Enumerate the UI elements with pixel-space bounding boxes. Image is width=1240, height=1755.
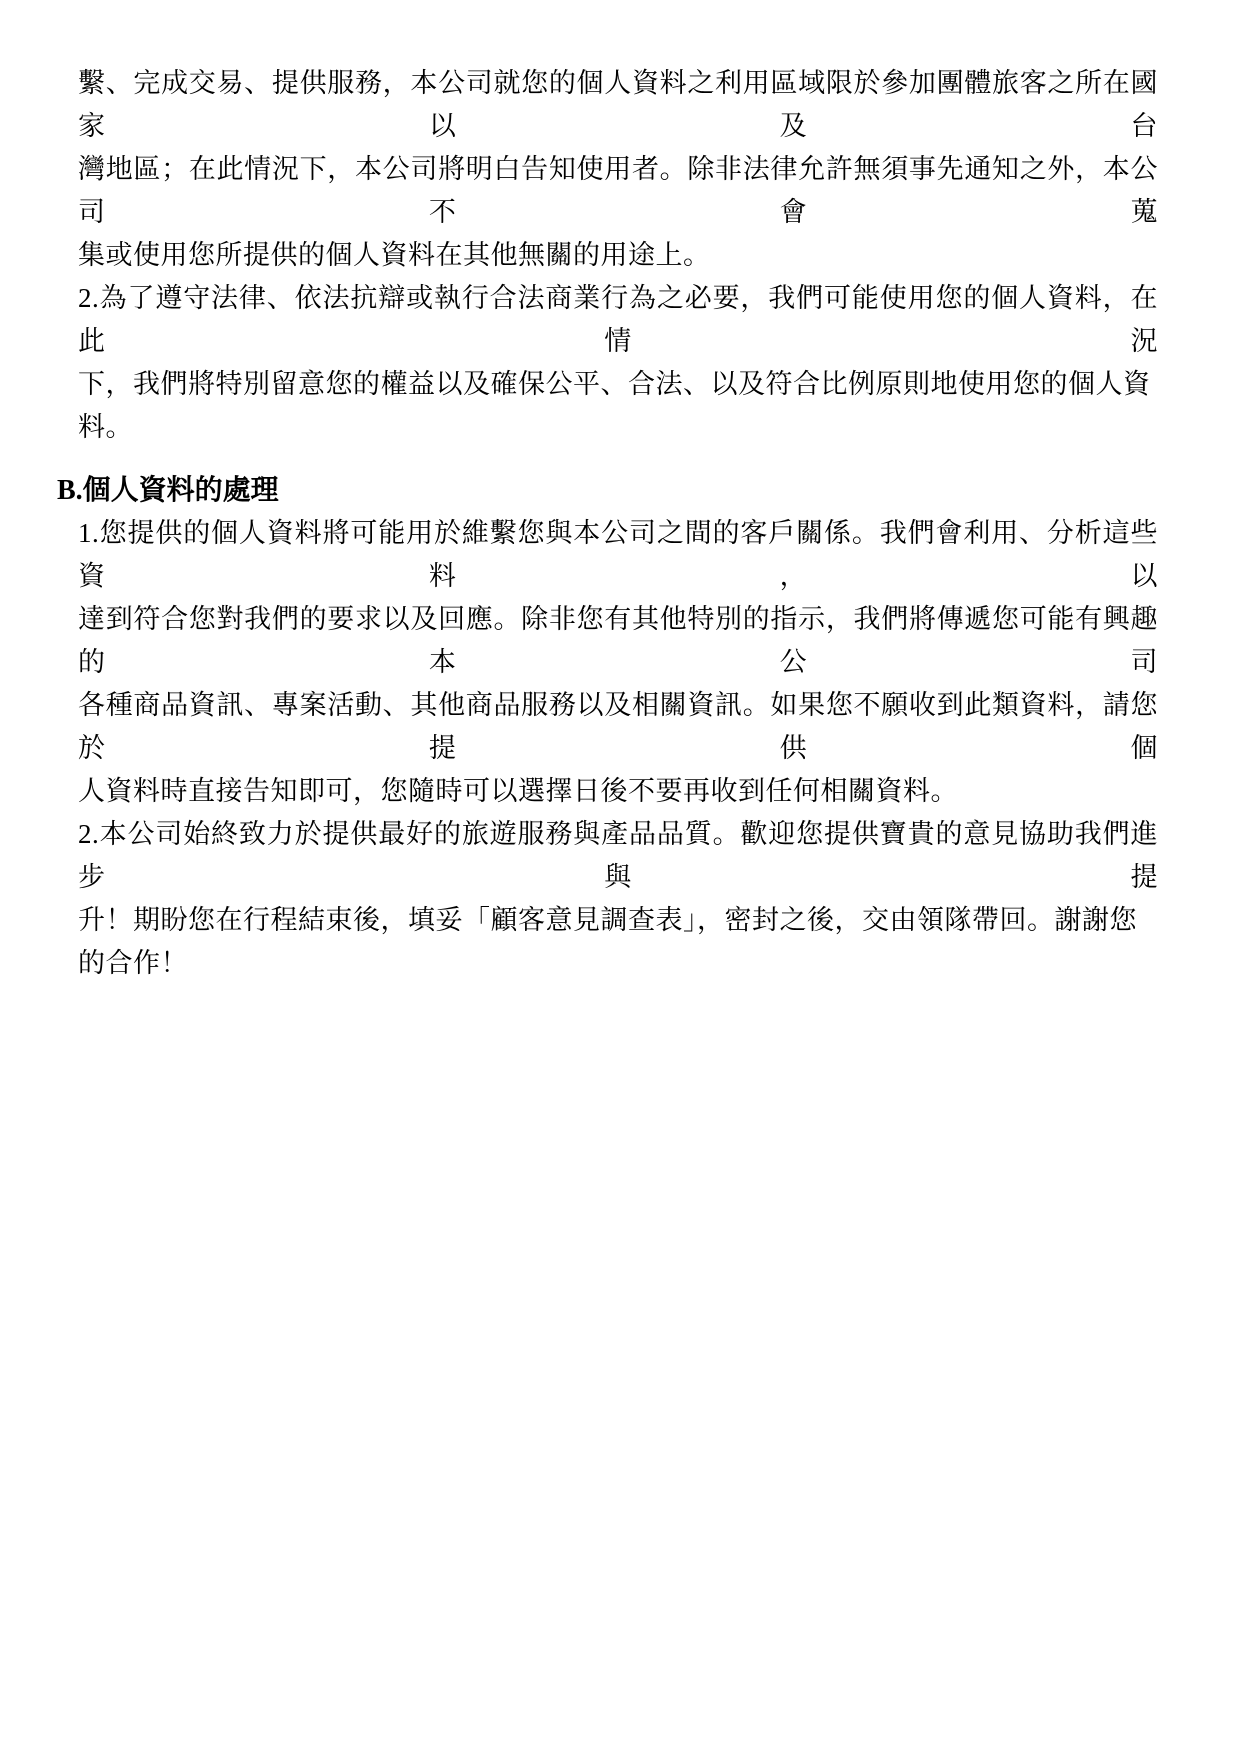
text-line: 1.您提供的個人資料將可能用於維繫您與本公司之間的客戶關係。我們會利用、分析這些…	[78, 512, 1158, 598]
text-line: 人資料時直接告知即可，您隨時可以選擇日後不要再收到任何相關資料。	[78, 770, 1158, 813]
section-b-heading: B.個人資料的處理	[57, 469, 1158, 512]
paragraph-data-handling-item-2: 2.本公司始終致力於提供最好的旅遊服務與產品品質。歡迎您提供寶貴的意見協助我們進…	[78, 813, 1158, 985]
document-page: 繫、完成交易、提供服務，本公司就您的個人資料之利用區域限於參加團體旅客之所在國家…	[0, 0, 1240, 1755]
text-line: 下，我們將特別留意您的權益以及確保公平、合法、以及符合比例原則地使用您的個人資料…	[78, 363, 1158, 449]
text-line: 2.為了遵守法律、依法抗辯或執行合法商業行為之必要，我們可能使用您的個人資料，在…	[78, 277, 1158, 363]
text-line: 各種商品資訊、專案活動、其他商品服務以及相關資訊。如果您不願收到此類資料，請您於…	[78, 684, 1158, 770]
paragraph-legal-use-item-2: 2.為了遵守法律、依法抗辯或執行合法商業行為之必要，我們可能使用您的個人資料，在…	[78, 277, 1158, 449]
text-line: 集或使用您所提供的個人資料在其他無關的用途上。	[78, 234, 1158, 277]
document-content: 繫、完成交易、提供服務，本公司就您的個人資料之利用區域限於參加團體旅客之所在國家…	[78, 62, 1158, 985]
paragraph-data-usage-continuation: 繫、完成交易、提供服務，本公司就您的個人資料之利用區域限於參加團體旅客之所在國家…	[78, 62, 1158, 277]
text-line: 灣地區；在此情況下，本公司將明白告知使用者。除非法律允許無須事先通知之外，本公司…	[78, 148, 1158, 234]
paragraph-data-handling-item-1: 1.您提供的個人資料將可能用於維繫您與本公司之間的客戶關係。我們會利用、分析這些…	[78, 512, 1158, 813]
text-line: 繫、完成交易、提供服務，本公司就您的個人資料之利用區域限於參加團體旅客之所在國家…	[78, 62, 1158, 148]
text-line: 2.本公司始終致力於提供最好的旅遊服務與產品品質。歡迎您提供寶貴的意見協助我們進…	[78, 813, 1158, 899]
text-line: 達到符合您對我們的要求以及回應。除非您有其他特別的指示，我們將傳遞您可能有興趣的…	[78, 598, 1158, 684]
text-line: 升！期盼您在行程結束後，填妥「顧客意見調查表」，密封之後，交由領隊帶回。謝謝您的…	[78, 899, 1158, 985]
